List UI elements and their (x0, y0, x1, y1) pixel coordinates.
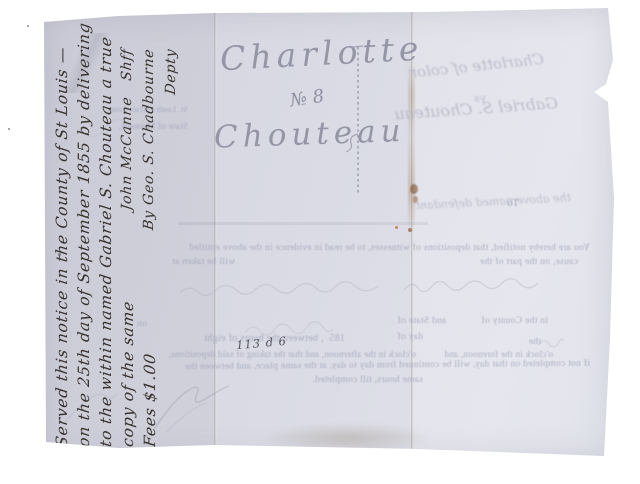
docket-bracket-line (341, 44, 367, 202)
service-note: Served this notice in the County of St L… (53, 49, 191, 447)
bleed-county-line: in the County of and State of (158, 317, 548, 327)
docket-plaintiff: Charlotte (219, 29, 421, 78)
bleed-day-of: day of (373, 333, 423, 343)
horizontal-crease (178, 222, 428, 225)
docket-defendant: Chouteau (213, 112, 419, 155)
deputy-signature: By Geo. S. Chadbourne (141, 48, 163, 232)
docket-case-number: № 8 (289, 86, 326, 112)
illegible-pencil-fill (536, 335, 566, 351)
sheriff-signature: John McCanne Shff (119, 48, 141, 212)
service-note-line2: on the 25th day of September 1855 by del… (75, 21, 97, 448)
brown-dot (408, 228, 412, 232)
illegible-scrawl (400, 276, 545, 298)
bleed-plaintiff-caption: Charlotte of color (425, 50, 544, 80)
orange-dot (395, 226, 398, 229)
bleed-defendant-caption: Gabriel S. Chouteau (423, 93, 559, 121)
dust-speck (27, 25, 29, 27)
service-note-line1: Served this notice in the County of St L… (53, 46, 75, 449)
service-note-fees: Fees $1.00 (141, 352, 163, 448)
bleed-notify-line2-start: cause, on the part of the (390, 258, 578, 268)
service-note-line3: to the within named Gabriel S. Chouteau … (97, 35, 119, 448)
service-note-line4: copy of the same (119, 300, 141, 448)
bleed-hours-line: same hours, till completed. (333, 376, 423, 386)
paper-sheet: St. Louis Circuit Court. State of Missou… (38, 8, 616, 460)
deputy-title: Depty (163, 48, 185, 97)
bottom-crumple-shadow (263, 423, 433, 453)
illegible-scrawl (175, 280, 385, 302)
document-scan: St. Louis Circuit Court. State of Missou… (0, 0, 640, 484)
dust-speck (8, 128, 10, 130)
brown-stain (410, 184, 418, 194)
